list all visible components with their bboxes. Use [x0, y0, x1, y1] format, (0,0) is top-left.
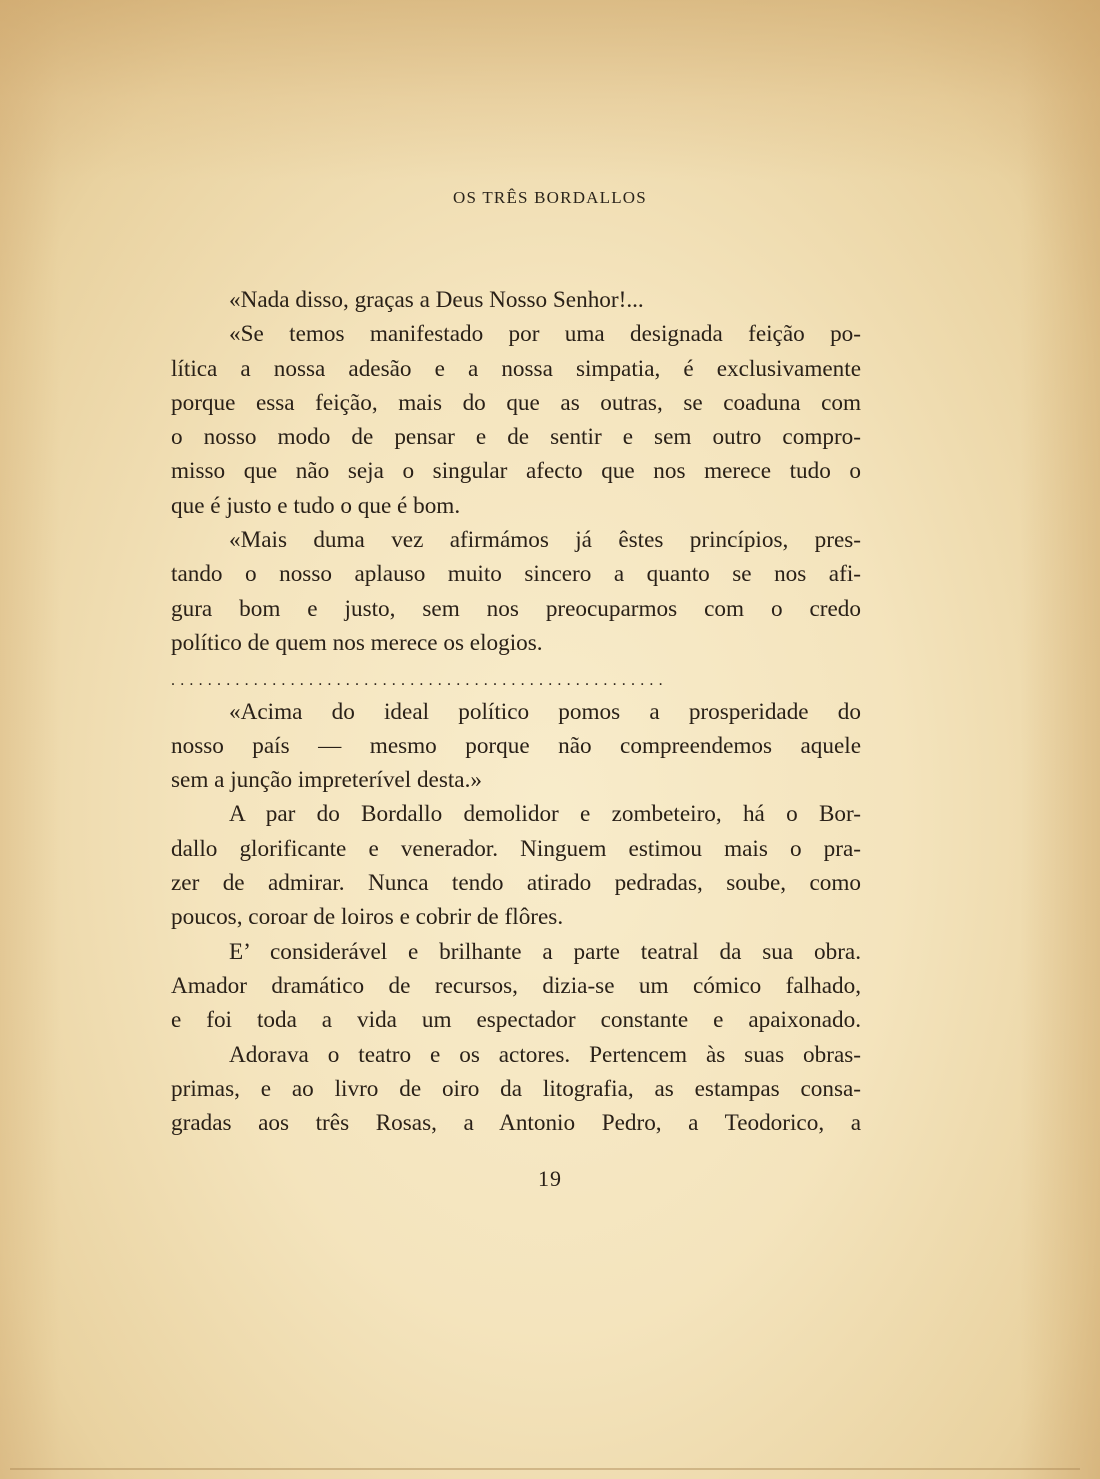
paragraph-se-temos: «Se temos manifestado por uma designada … [171, 317, 861, 523]
text-line: político de quem nos merece os elogios. [171, 626, 861, 660]
paper-stain-right [1020, 0, 1100, 1479]
text-line: misso que não seja o singular afecto que… [171, 454, 861, 488]
text-line: o nosso modo de pensar e de sentir e sem… [171, 420, 861, 454]
paragraph-a-par-do-bordallo: A par do Bordallo demolidor e zombeteiro… [171, 797, 861, 934]
text-line: Amador dramático de recursos, dizia-se u… [171, 969, 861, 1003]
paragraph-mais-duma-vez: «Mais duma vez afirmámos já êstes princí… [171, 523, 861, 660]
paper-stain-top [0, 0, 1100, 180]
text-line: tando o nosso aplauso muito sincero a qu… [171, 557, 861, 591]
text-line: «Acima do ideal político pomos a prosper… [171, 695, 861, 729]
text-line: e foi toda a vida um espectador constant… [171, 1003, 861, 1037]
text-line: A par do Bordallo demolidor e zombeteiro… [171, 797, 861, 831]
text-line: Adorava o teatro e os actores. Pertencem… [171, 1038, 861, 1072]
text-line: gradas aos três Rosas, a Antonio Pedro, … [171, 1106, 861, 1140]
paragraph-acima-do-ideal: «Acima do ideal político pomos a prosper… [171, 695, 861, 798]
body-text: «Nada disso, graças a Deus Nosso Senhor!… [171, 283, 861, 1140]
text-line: sem a junção impreterível desta.» [171, 763, 861, 797]
text-line: primas, e ao livro de oiro da litografia… [171, 1072, 861, 1106]
text-line: zer de admirar. Nunca tendo atirado pedr… [171, 866, 861, 900]
text-line: gura bom e justo, sem nos preocuparmos c… [171, 592, 861, 626]
text-line: porque essa feição, mais do que as outra… [171, 386, 861, 420]
running-head: OS TRÊS BORDALLOS [0, 188, 1100, 208]
paragraph-adorava-o-teatro: Adorava o teatro e os actores. Pertencem… [171, 1038, 861, 1141]
page-number: 19 [0, 1166, 1100, 1192]
text-line: «Se temos manifestado por uma designada … [171, 317, 861, 351]
text-line: lítica a nossa adesão e a nossa simpatia… [171, 352, 861, 386]
text-line: poucos, coroar de loiros e cobrir de flô… [171, 900, 861, 934]
text-line: E’ considerável e brilhante a parte teat… [171, 935, 861, 969]
paragraph-nada-disso: «Nada disso, graças a Deus Nosso Senhor!… [171, 283, 861, 317]
text-line: nosso país — mesmo porque não compreende… [171, 729, 861, 763]
text-line: que é justo e tudo o que é bom. [171, 489, 861, 523]
page-bottom-edge [10, 1468, 1080, 1470]
paragraph-parte-teatral: E’ considerável e brilhante a parte teat… [171, 935, 861, 1038]
text-line: «Nada disso, graças a Deus Nosso Senhor!… [171, 283, 861, 317]
paper-stain-left [0, 0, 60, 1479]
ellipsis-separator: ........................................… [171, 660, 861, 694]
text-line: dallo glorificante e venerador. Ninguem … [171, 832, 861, 866]
text-line: «Mais duma vez afirmámos já êstes princí… [171, 523, 861, 557]
